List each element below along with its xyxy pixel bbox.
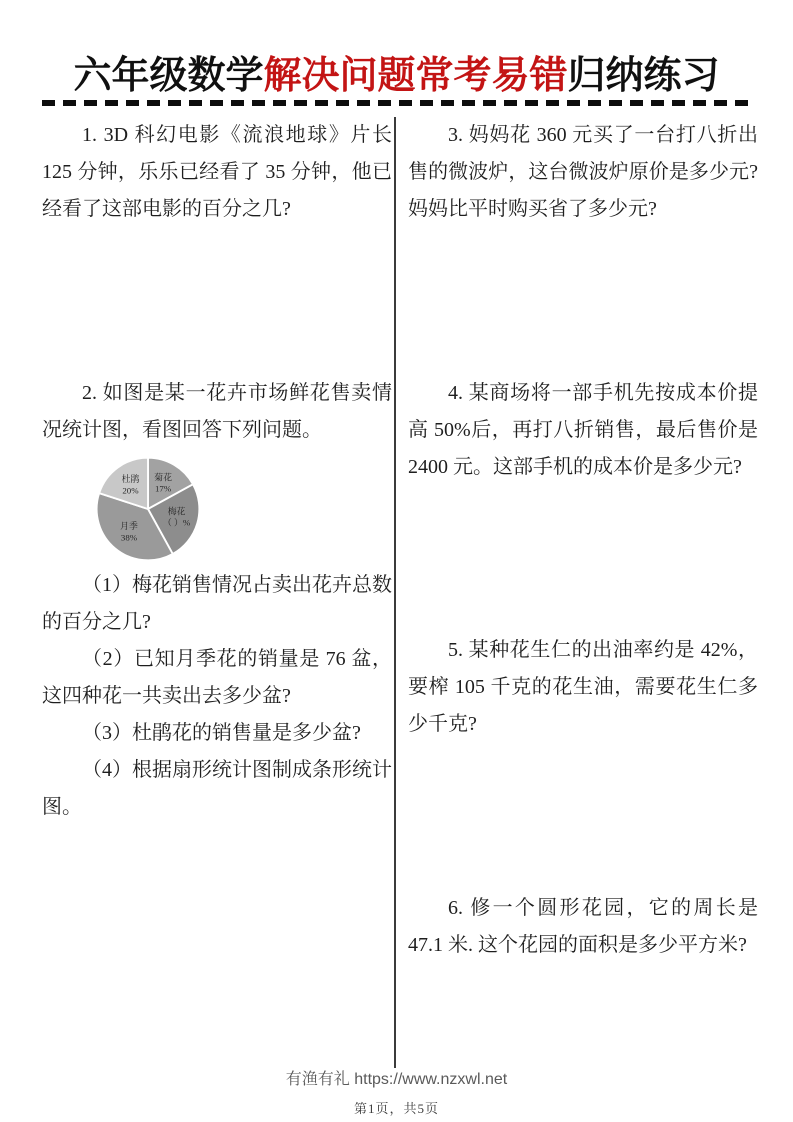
page-title: 六年级数学解决问题常考易错归纳练习: [0, 44, 793, 99]
problem-1-text: 1. 3D 科幻电影《流浪地球》片长 125 分钟，乐乐已经看了 35 分钟，他…: [42, 117, 392, 228]
title-dashed-rule: [42, 100, 751, 106]
page-title-prefix: 六年级数学: [73, 55, 263, 97]
pie-slice-label: 月季: [120, 520, 138, 531]
pie-slice-label: 菊花: [154, 472, 172, 483]
right-column: 3. 妈妈花 360 元买了一台打八折出售的微波炉，这台微波炉原价是多少元? 妈…: [408, 117, 758, 964]
page-title-highlight: 解决问题常考易错: [263, 55, 567, 97]
question-1-text: （1）梅花销售情况占卖出花卉总数的百分之几?: [42, 567, 392, 641]
pie-slice-percent: 17%: [155, 484, 172, 494]
page-title-suffix: 归纳练习: [568, 55, 720, 97]
pie-slice-label: 梅花: [168, 506, 186, 517]
pie-slice-percent: 38%: [121, 532, 138, 542]
pie-slice-percent: 20%: [122, 485, 139, 495]
question-4-text: （4）根据扇形统计图制成条形统计图。: [42, 752, 392, 826]
footer-page-number: 第1页，共5页: [0, 1098, 793, 1117]
flower-sales-pie-chart: 菊花17%梅花（ ）%月季38%杜鹃20%: [92, 453, 204, 565]
problem-6-text: 6. 修一个圆形花园，它的周长是 47.1 米. 这个花园的面积是多少平方米?: [408, 890, 758, 964]
pie-slice-label: 杜鹃: [122, 473, 140, 484]
problem-5-text: 5. 某种花生仁的出油率约是 42%，要榨 105 千克的花生油，需要花生仁多少…: [408, 632, 758, 743]
question-3-text: （3）杜鹃花的销售量是多少盆?: [42, 715, 392, 752]
question-2-text: （2）已知月季花的销量是 76 盆，这四种花一共卖出去多少盆?: [42, 641, 392, 715]
worksheet-page: 六年级数学解决问题常考易错归纳练习 1. 3D 科幻电影《流浪地球》片长 125…: [0, 0, 793, 1122]
column-divider-line: [394, 117, 396, 1068]
problem-4-text: 4. 某商场将一部手机先按成本价提高 50%后，再打八折销售，最后售价是 240…: [408, 375, 758, 486]
footer-watermark: 有渔有礼 https://www.nzxwl.net: [0, 1066, 793, 1089]
pie-slice-percent: （ ）%: [163, 518, 191, 528]
problem-3-text: 3. 妈妈花 360 元买了一台打八折出售的微波炉，这台微波炉原价是多少元? 妈…: [408, 117, 758, 228]
pie-chart-svg: 菊花17%梅花（ ）%月季38%杜鹃20%: [92, 453, 204, 565]
problem-2-text: 2. 如图是某一花卉市场鲜花售卖情况统计图，看图回答下列问题。: [42, 375, 392, 449]
left-column: 1. 3D 科幻电影《流浪地球》片长 125 分钟，乐乐已经看了 35 分钟，他…: [42, 117, 392, 826]
